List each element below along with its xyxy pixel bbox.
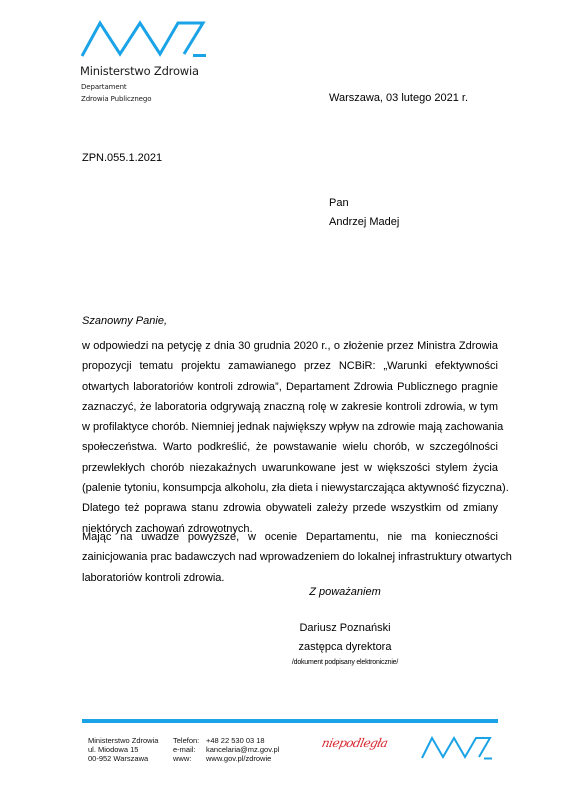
paragraph-line: w odpowiedzi na petycję z dnia 30 grudni… [82,336,498,356]
footer-divider [82,719,498,723]
department-name-line-2: Zdrowia Publicznego [81,95,151,103]
paragraph-line: Mając na uwadze powyższe, w ocenie Depar… [82,527,498,547]
footer-contact-values: +48 22 530 03 18 kancelaria@mz.gov.pl ww… [206,736,279,763]
email-link[interactable]: kancelaria@mz.gov.pl [206,745,279,754]
footer-street: ul. Miodowa 15 [88,745,158,754]
paragraph-line: propozycji tematu projektu zamawianego p… [82,356,498,376]
phone-label: Telefon: [173,736,199,745]
recipient-title: Pan [329,197,349,209]
body-paragraph-2: Mając na uwadze powyższe, w ocenie Depar… [82,527,498,588]
paragraph-line: zaznaczyć, że laboratoria odgrywają znac… [82,397,498,417]
reference-number: ZPN.055.1.2021 [82,152,162,164]
signer-name: Dariusz Poznański [270,622,420,634]
paragraph-line: przewlekłych chorób niezakaźnych uwarunk… [82,458,498,478]
footer-city: 00-952 Warszawa [88,754,158,763]
signer-role: zastępca dyrektora [270,641,420,653]
footer-org-name: Ministerstwo Zdrowia [88,736,158,745]
phone-value: +48 22 530 03 18 [206,736,279,745]
paragraph-line: społeczeństwa. Warto podkreślić, że pows… [82,437,498,457]
mz-logo-icon [80,20,208,58]
electronic-signature-note: /dokument podpisany elektronicznie/ [260,659,430,666]
recipient-name: Andrzej Madej [329,216,399,228]
niepodlegla-logo-icon: niepodległa [321,736,389,750]
paragraph-line: (palenie tytoniu, konsumpcja alkoholu, z… [82,478,498,498]
email-label: e-mail: [173,745,199,754]
paragraph-line: w profilaktyce chorób. Niemniej jednak n… [82,417,498,437]
paragraph-line: zainicjowania prac badawczych nad wprowa… [82,547,498,567]
footer-contact-labels: Telefon: e-mail: www: [173,736,199,763]
mz-logo-small-icon [421,736,493,760]
organization-name: Ministerstwo Zdrowia [80,64,199,78]
paragraph-line: Dlatego też poprawa stanu zdrowia obywat… [82,498,498,518]
body-paragraph-1: w odpowiedzi na petycję z dnia 30 grudni… [82,336,498,539]
www-label: www: [173,754,199,763]
paragraph-line: laboratoriów kontroli zdrowia. [82,568,498,588]
footer-address: Ministerstwo Zdrowia ul. Miodowa 15 00-9… [88,736,158,763]
website-link[interactable]: www.gov.pl/zdrowie [206,754,279,763]
department-name-line-1: Departament [81,83,127,91]
closing-phrase: Z poważaniem [300,586,390,598]
paragraph-line: otwartych laboratoriów kontroli zdrowia”… [82,377,498,397]
letter-date: Warszawa, 03 lutego 2021 r. [329,92,468,104]
salutation: Szanowny Panie, [82,315,167,327]
